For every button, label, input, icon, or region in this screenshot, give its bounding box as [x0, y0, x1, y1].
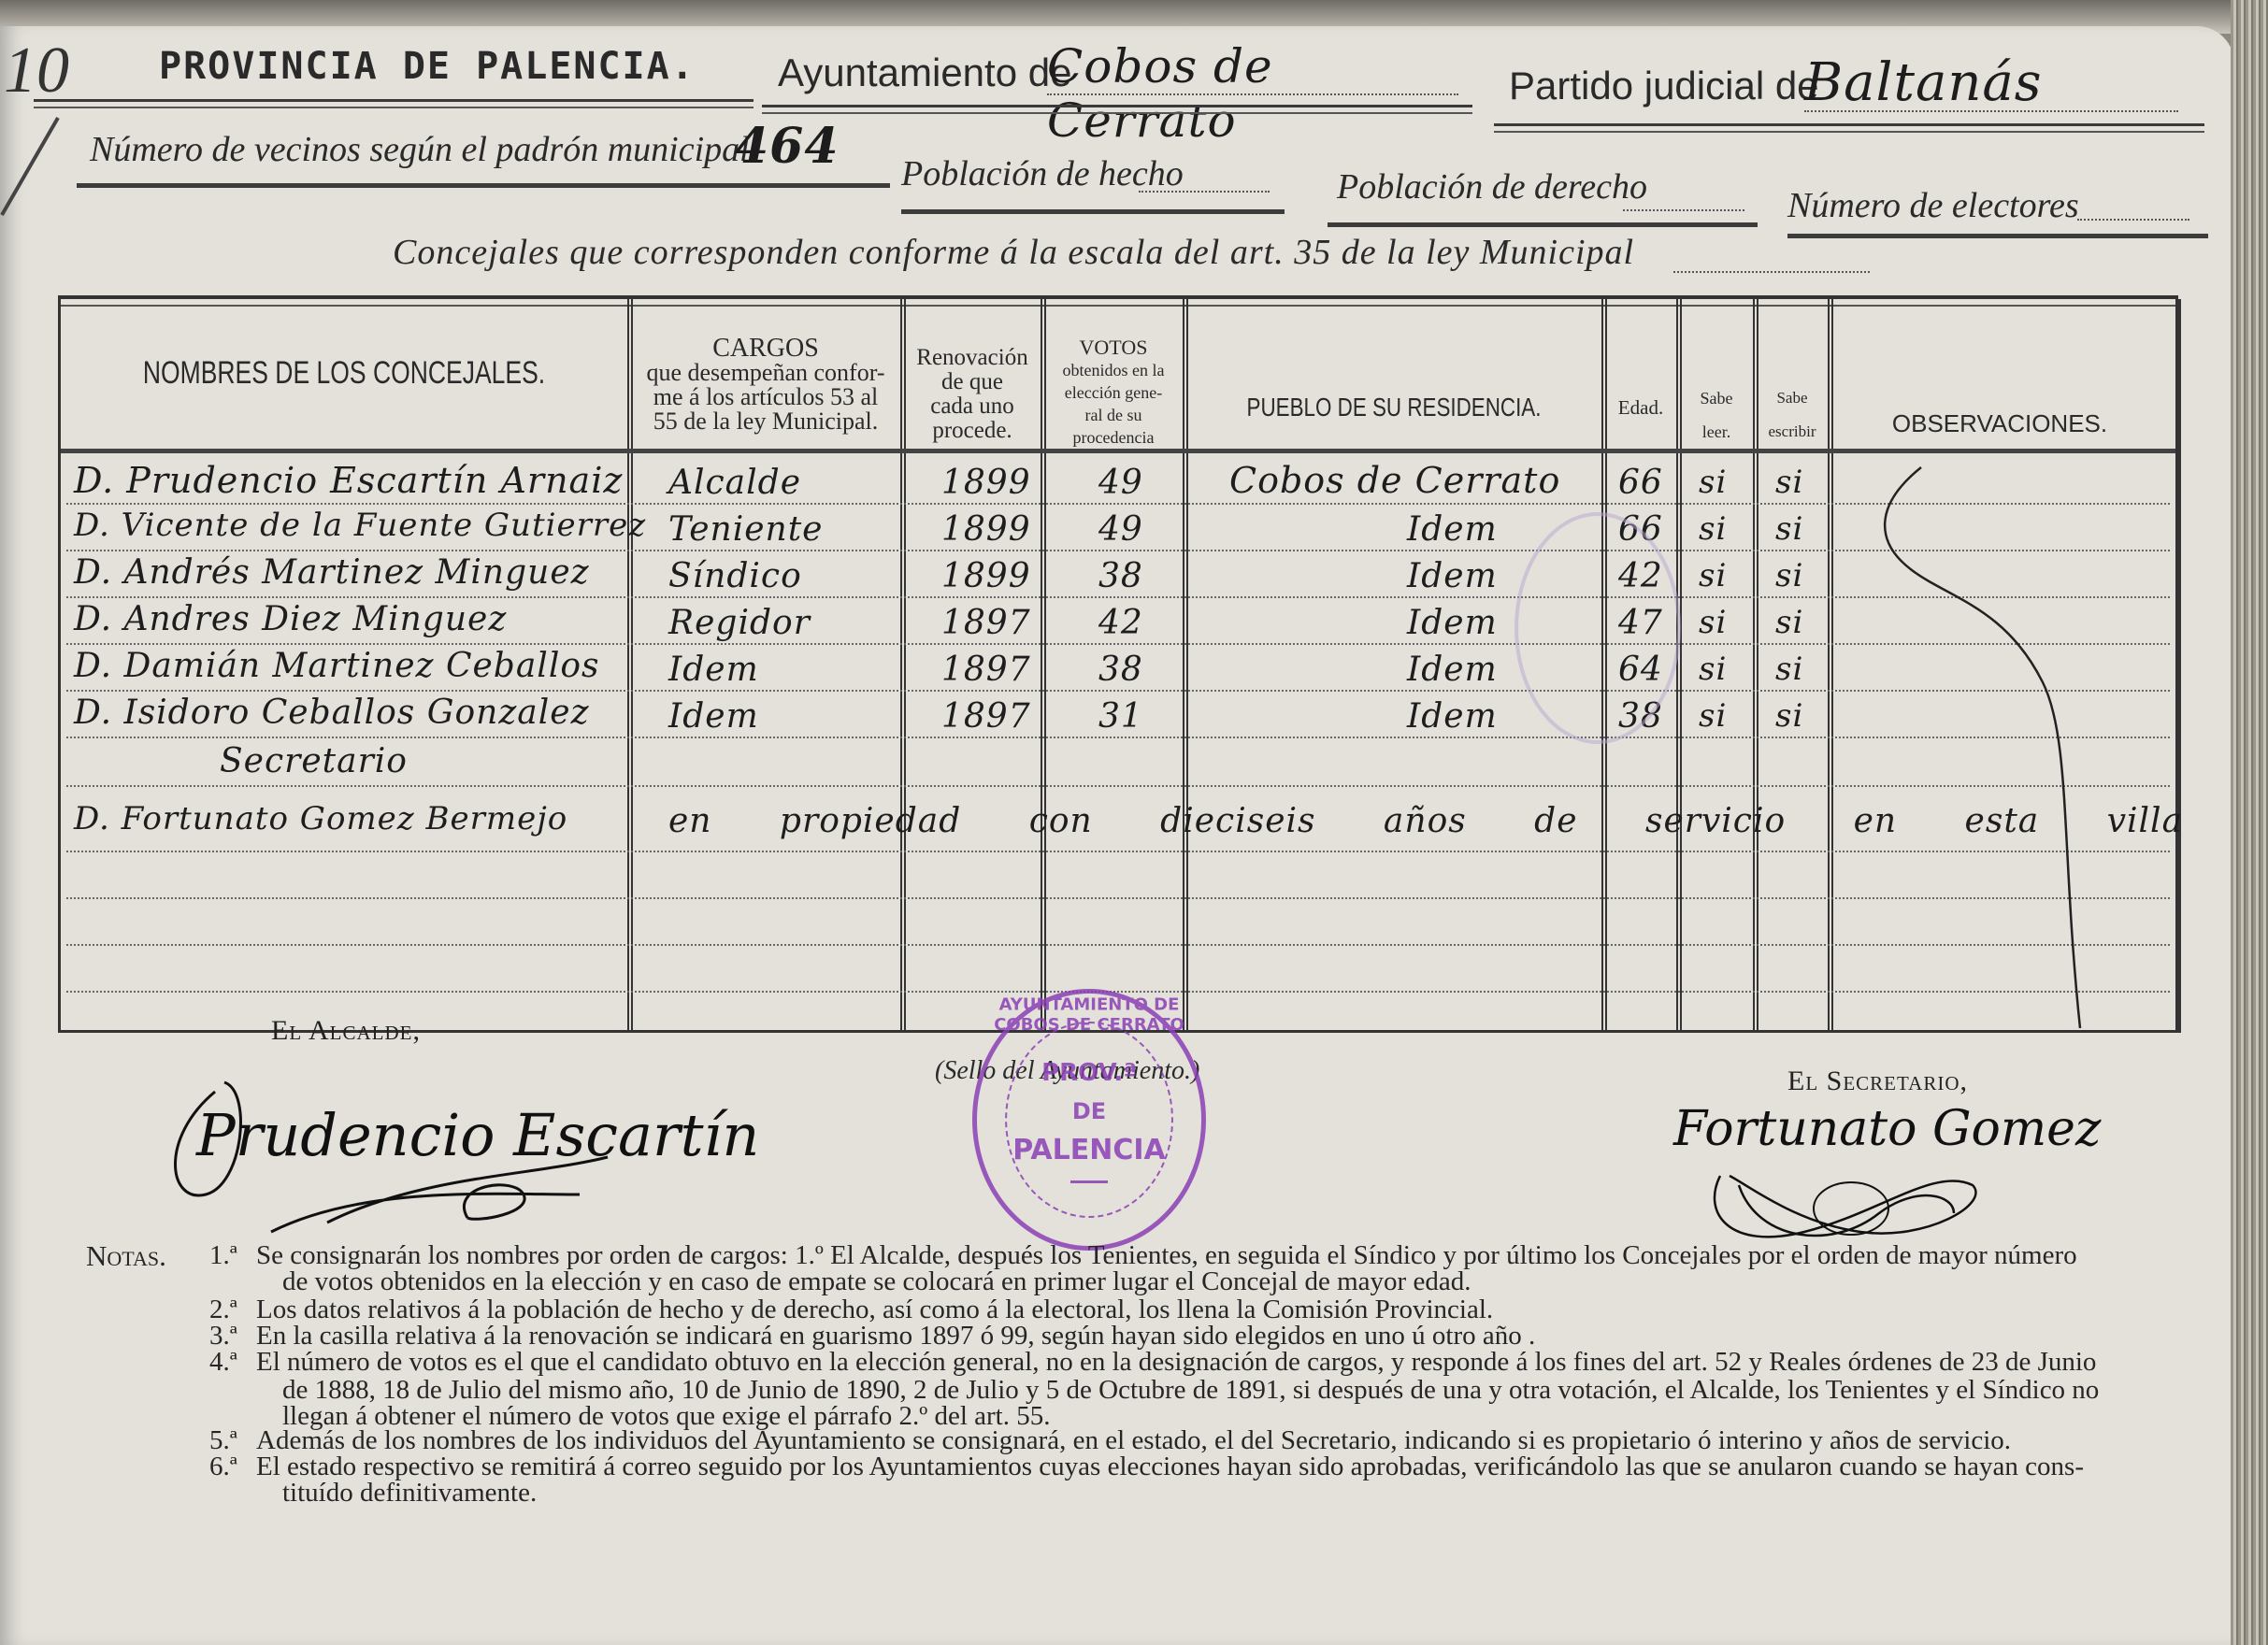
row-4-cargo: Regidor: [668, 604, 811, 642]
header-line: Sabe: [1757, 381, 1828, 415]
header-edad: Edad.: [1605, 396, 1676, 420]
vecinos-label: Número de vecinos según el padrón munici…: [90, 129, 750, 170]
header-cargos-line: que desempeñan confor-: [631, 361, 900, 385]
row-6-votos: 31: [1098, 697, 1143, 736]
row-3-votos: 38: [1098, 557, 1143, 595]
row-1-pueblo: Cobos de Cerrato: [1229, 460, 1560, 501]
row-3-pueblo: Idem: [1407, 557, 1498, 595]
note-6-line: tituído definitivamente.: [282, 1479, 537, 1508]
header-rule: [1494, 123, 2204, 133]
header-renovacion: Renovación de que cada uno procede.: [904, 346, 1041, 443]
header-rule: [1787, 234, 2208, 238]
secretario-label: El Secretario,: [1787, 1066, 1968, 1097]
electores-label: Número de electores: [1787, 185, 2079, 226]
note-4-line: El número de votos es el que el candidat…: [256, 1348, 2096, 1377]
header-line: obtenidos en la: [1044, 359, 1183, 381]
header-sabe-escribir: Sabe escribir: [1757, 381, 1828, 449]
subtitle: Concejales que corresponden conforme á l…: [393, 232, 1634, 273]
header-line: elección gene-: [1044, 381, 1183, 404]
book-edge-right: [2231, 0, 2268, 1645]
row-1-renovacion: 1899: [941, 464, 1031, 502]
row-5-pueblo: Idem: [1407, 651, 1498, 689]
row-5-votos: 38: [1098, 651, 1143, 689]
poblacion-derecho-label: Población de derecho: [1337, 166, 1647, 207]
seal-dash: [1070, 1180, 1108, 1183]
observaciones-brace-line: [1837, 458, 2117, 1037]
secretario-row-label: Secretario: [220, 742, 408, 780]
header-rule: [77, 183, 890, 188]
row-6-cargo: Idem: [668, 697, 759, 736]
row-5-nombre: D. Damián Martinez Ceballos: [74, 647, 599, 685]
column-divider: [1041, 299, 1042, 1030]
secretario-signature: Fortunato Gomez: [1673, 1101, 2101, 1157]
alcalde-flourish-icon: [140, 1054, 664, 1241]
seal-ring-text: AYUNTAMIENTO DE COBOS DE CERRATO: [988, 994, 1190, 1034]
faint-stamp-mark: [1514, 512, 1681, 744]
header-line: procede.: [904, 419, 1041, 443]
partido-label: Partido judicial de: [1509, 64, 1819, 108]
row-2-nombre: D. Vicente de la Fuente Gutierrez: [74, 507, 646, 544]
margin-page-number: 10: [4, 34, 69, 108]
row-2-escribir: si: [1775, 510, 1803, 548]
row-2-votos: 49: [1098, 510, 1143, 549]
row-1-leer: si: [1699, 464, 1727, 501]
province-title: PROVINCIA DE PALENCIA.: [159, 45, 696, 88]
row-2-renovacion: 1899: [941, 510, 1031, 549]
header-line: VOTOS: [1044, 336, 1183, 359]
header-nombres: NOMBRES DE LOS CONCEJALES.: [123, 355, 566, 392]
header-line: leer.: [1680, 415, 1753, 449]
row-6-renovacion: 1897: [941, 697, 1031, 736]
row-4-escribir: si: [1775, 604, 1803, 641]
column-divider: [900, 299, 902, 1030]
notes-label: Notas.: [86, 1241, 166, 1270]
partido-value: Baltanás: [1804, 52, 2178, 112]
header-line: Sabe: [1680, 381, 1753, 415]
header-line: cada uno: [904, 394, 1041, 419]
seal-center-bottom: PALENCIA: [977, 1134, 1201, 1166]
column-divider: [627, 299, 629, 1030]
note-1-number: 1.ª: [209, 1241, 237, 1270]
ayuntamiento-label: Ayuntamiento de: [778, 50, 1071, 95]
row-1-nombre: D. Prudencio Escartín Arnaiz: [74, 460, 623, 501]
poblacion-hecho-field: [1139, 191, 1270, 193]
header-rule: [61, 449, 2175, 453]
secretario-nombre: D. Fortunato Gomez Bermejo: [74, 800, 567, 837]
header-line: ral de su: [1044, 404, 1183, 426]
poblacion-hecho-label: Población de hecho: [901, 153, 1184, 194]
document-page: 10 PROVINCIA DE PALENCIA. Ayuntamiento d…: [0, 26, 2234, 1645]
column-divider: [1183, 299, 1184, 1030]
concejales-table: NOMBRES DE LOS CONCEJALES. CARGOS que de…: [58, 299, 2181, 1033]
column-divider: [1186, 299, 1188, 1030]
row-3-leer: si: [1699, 557, 1727, 594]
note-1-line: de votos obtenidos en la elección y en c…: [282, 1267, 1471, 1296]
electores-field: [2077, 219, 2189, 221]
header-rule: [1328, 222, 1758, 227]
row-4-leer: si: [1699, 604, 1727, 641]
margin-slash: [0, 117, 59, 216]
row-4-nombre: D. Andres Diez Minguez: [74, 600, 507, 638]
header-rule: [901, 209, 1285, 214]
column-divider: [1753, 299, 1755, 1030]
row-4-votos: 42: [1098, 604, 1143, 642]
row-1-cargo: Alcalde: [668, 464, 801, 502]
header-observaciones: OBSERVACIONES.: [1831, 409, 2168, 438]
row-5-cargo: Idem: [668, 651, 759, 689]
header-cargos-line: 55 de la ley Municipal.: [631, 409, 900, 434]
row-2-pueblo: Idem: [1407, 510, 1498, 549]
row-6-nombre: D. Isidoro Ceballos Gonzalez: [74, 694, 590, 732]
row-6-escribir: si: [1775, 697, 1803, 735]
note-4-number: 4.ª: [209, 1348, 237, 1377]
row-5-leer: si: [1699, 651, 1727, 688]
header-sabe-leer: Sabe leer.: [1680, 381, 1753, 449]
row-2-leer: si: [1699, 510, 1727, 548]
header-votos: VOTOS obtenidos en la elección gene- ral…: [1044, 336, 1183, 449]
row-1-edad: 66: [1618, 464, 1663, 502]
poblacion-derecho-field: [1623, 209, 1744, 211]
header-cargos: CARGOS que desempeñan confor- me á los a…: [631, 336, 900, 434]
header-rule: [762, 105, 1472, 114]
header-line: de que: [904, 370, 1041, 394]
row-3-cargo: Síndico: [668, 557, 802, 595]
row-5-escribir: si: [1775, 651, 1803, 688]
header-line: Renovación: [904, 346, 1041, 370]
row-1-escribir: si: [1775, 464, 1803, 501]
ayuntamiento-value: Cobos de Cerrato: [1047, 39, 1458, 95]
seal-center-top: PROV.ª: [977, 1059, 1201, 1087]
header-cargos-title: CARGOS: [631, 336, 900, 361]
row-1-votos: 49: [1098, 464, 1143, 502]
row-4-pueblo: Idem: [1407, 604, 1498, 642]
row-3-renovacion: 1899: [941, 557, 1031, 595]
header-line: escribir: [1757, 415, 1828, 449]
row-6-pueblo: Idem: [1407, 697, 1498, 736]
row-3-escribir: si: [1775, 557, 1803, 594]
row-5-renovacion: 1897: [941, 651, 1031, 689]
note-6-number: 6.ª: [209, 1452, 237, 1481]
header-rule: [34, 99, 754, 108]
vecinos-value: 464: [735, 118, 840, 175]
header-pueblo: PUEBLO DE SU RESIDENCIA.: [1227, 393, 1559, 422]
seal-center-mid: DE: [977, 1098, 1201, 1124]
alcalde-label: El Alcalde,: [271, 1015, 421, 1047]
row-4-renovacion: 1897: [941, 604, 1031, 642]
row-6-leer: si: [1699, 697, 1727, 735]
row-3-nombre: D. Andrés Martinez Minguez: [74, 553, 590, 592]
row-2-cargo: Teniente: [668, 510, 823, 549]
column-divider: [1828, 299, 1830, 1030]
header-cargos-line: me á los artículos 53 al: [631, 385, 900, 409]
subtitle-dotline: [1673, 271, 1870, 273]
ayuntamiento-seal: AYUNTAMIENTO DE COBOS DE CERRATO PROV.ª …: [972, 989, 1206, 1251]
header-line: procedencia: [1044, 426, 1183, 449]
